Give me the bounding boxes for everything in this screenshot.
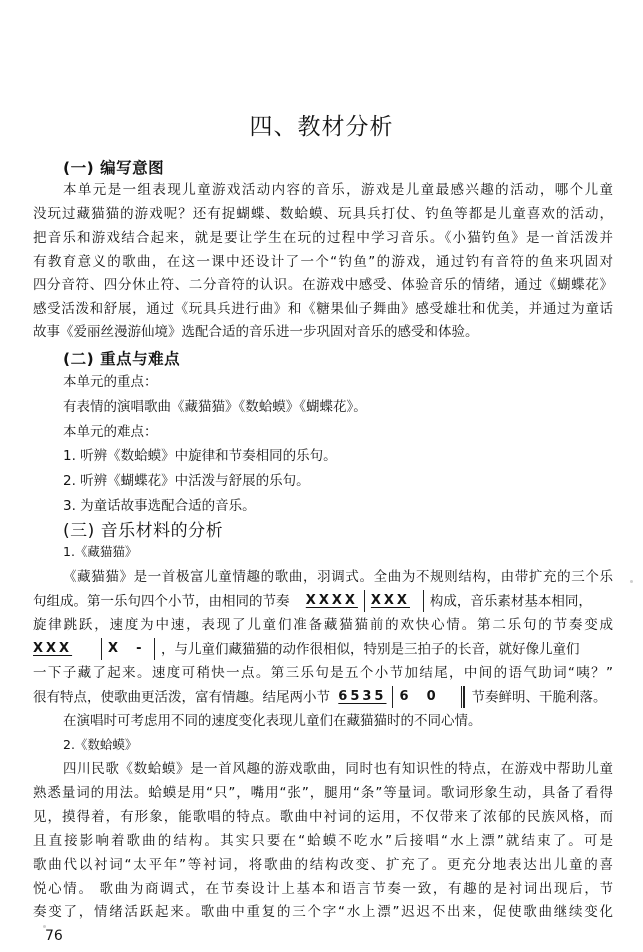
difficult-point-item: 2. 听辨《蝴蝶花》中活泼与舒展的乐句。 <box>63 470 310 492</box>
paragraph-line: 旋律跳跃，速度为中速，表现了儿童们准备藏猫猫前的欢快心情。第二乐句的节奏变成 <box>33 614 613 636</box>
scan-speck <box>43 925 46 928</box>
key-points-text: 有表情的演唱歌曲《藏猫猫》《数蛤蟆》《蝴蝶花》。 <box>63 396 367 418</box>
paragraph-line: 且直接影响着歌曲的结构。其实只要在“蛤蟆不吃水”后接唱“水上漂”就结束了。可是 <box>33 830 613 852</box>
paragraph-line: 四分音符、四分休止符、二分音符的认识。在游戏中感受、体验音乐的情绪，通过《蝴蝶花… <box>33 274 613 296</box>
text-fragment: 很有特点，使歌曲更活泼，富有情趣。结尾两小节 <box>33 689 330 705</box>
scan-speck <box>630 580 633 583</box>
paragraph-line: 把音乐和游戏结合起来，就是要让学生在玩的过程中学习音乐。《小猫钓鱼》是一首活泼并 <box>33 227 613 249</box>
section-heading-key-difficult-points: (二) 重点与难点 <box>63 347 180 369</box>
text-fragment: ，与儿童们藏猫猫的动作很相似，特别是三拍子的长音，就好像儿童们 <box>161 641 580 657</box>
page-title: 四、教材分析 <box>0 108 643 141</box>
bar-line <box>154 638 155 660</box>
rhythm-beats: XXXX <box>306 593 358 608</box>
bar-line <box>364 590 365 612</box>
text-fragment: 句组成。第一乐句四个小节，由相同的节奏 <box>33 593 290 609</box>
paragraph-line-with-rhythm: XXXX -，与儿童们藏猫猫的动作很相似，特别是三拍子的长音，就好像儿童们 <box>33 638 613 660</box>
paragraph-line: 《藏猫猫》是一首极富儿童情趣的歌曲，羽调式。全曲为不规则结构，由带扩充的三个乐 <box>63 566 613 588</box>
rhythm-beats: XXX <box>371 593 410 608</box>
paragraph-line: 本单元是一组表现儿童游戏活动内容的音乐，游戏是儿童最感兴趣的活动，哪个儿童 <box>63 179 613 201</box>
paragraph-line: 一下子藏了起来。速度可稍快一点。第三乐句是五个小节加结尾，中间的语气助词“咦？” <box>33 662 613 684</box>
rhythm-notation: 6 0 <box>399 686 447 708</box>
bar-line <box>392 686 393 708</box>
paragraph-line: 奏变了，情绪活跃起来。歌曲中重复的三个字“水上漂”迟迟不出来，促使歌曲继续变化 <box>33 901 613 923</box>
rhythm-notation: XXX <box>33 638 95 661</box>
text-fragment: 构成，音乐素材基本相同， <box>430 593 592 609</box>
paragraph-line: 没玩过藏猫猫的游戏呢？还有捉蝴蝶、数蛤蟆、玩具兵打仗、钓鱼等都是儿童喜欢的活动， <box>33 203 613 225</box>
final-bar-line <box>461 686 465 708</box>
paragraph-line: 有教育意义的歌曲，在这一课中还设计了一个“钓鱼”的游戏，通过钓有音符的鱼来巩固对 <box>33 251 613 273</box>
paragraph-line: 歌曲代以衬词“太平年”等衬词，将歌曲的结构改变、扩充了。更充分地表达出儿童的喜 <box>33 854 613 876</box>
paragraph-line: 四川民歌《数蛤蟆》是一首风趣的游戏歌曲，同时也有知识性的特点，在游戏中帮助儿童 <box>63 758 613 780</box>
section-heading-material-analysis: (三) 音乐材料的分析 <box>63 516 223 541</box>
textbook-page: 四、教材分析 (一) 编写意图 本单元是一组表现儿童游戏活动内容的音乐，游戏是儿… <box>0 0 643 952</box>
paragraph-line-with-rhythm: 很有特点，使歌曲更活泼，富有情趣。结尾两小节 65356 0节奏鲜明、干脆利落。 <box>33 686 613 708</box>
difficult-points-label: 本单元的难点： <box>63 421 158 443</box>
song-subtitle-hide-and-seek: 1.《藏猫猫》 <box>63 541 137 563</box>
text-fragment: 节奏鲜明、干脆利落。 <box>471 689 606 705</box>
paragraph-line: 见，摸得着，有形象，能歌唱的特点。歌曲中衬词的运用，不仅带来了浓郁的民族风格，而 <box>33 806 613 828</box>
rhythm-notation: X - <box>108 638 148 660</box>
paragraph-line: 在演唱时可考虑用不同的速度变化表现儿童们在藏猫猫时的不同心情。 <box>63 710 482 732</box>
song-subtitle-counting-frogs: 2.《数蛤蟆》 <box>63 734 137 756</box>
rhythm-notation: XXX <box>371 590 417 613</box>
paragraph-line: 熟悉量词的用法。蛤蟆是用“只”，嘴用“张”，腿用“条”等量词。歌词形象生动，具备… <box>33 782 613 804</box>
paragraph-line: 感受活泼和舒展，通过《玩具兵进行曲》和《糖果仙子舞曲》感受雄壮和优美，并通过为童… <box>33 298 613 320</box>
difficult-point-item: 1. 听辨《数蛤蟆》中旋律和节奏相同的乐句。 <box>63 445 337 467</box>
section-heading-writing-intent: (一) 编写意图 <box>63 156 164 178</box>
rhythm-beats: XXX <box>33 641 72 656</box>
key-points-label: 本单元的重点： <box>63 371 158 393</box>
paragraph-line-with-rhythm: 句组成。第一乐句四个小节，由相同的节奏 XXXXXXX构成，音乐素材基本相同， <box>33 590 613 612</box>
paragraph-line: 悦心情。 歌曲为商调式，在节奏设计上基本和语言节奏一致，有趣的是衬词出现后，节 <box>33 878 613 900</box>
rhythm-notation: 6535 <box>338 686 386 709</box>
bar-line <box>101 638 102 660</box>
paragraph-line: 故事《爱丽丝漫游仙境》选配合适的音乐进一步巩固对音乐的感受和体验。 <box>33 321 613 343</box>
bar-line <box>423 590 424 612</box>
page-number: 76 <box>45 928 63 944</box>
difficult-point-item: 3. 为童话故事选配合适的音乐。 <box>63 495 256 517</box>
rhythm-notation: XXXX <box>306 590 358 613</box>
rhythm-notes: 6535 <box>338 689 386 704</box>
